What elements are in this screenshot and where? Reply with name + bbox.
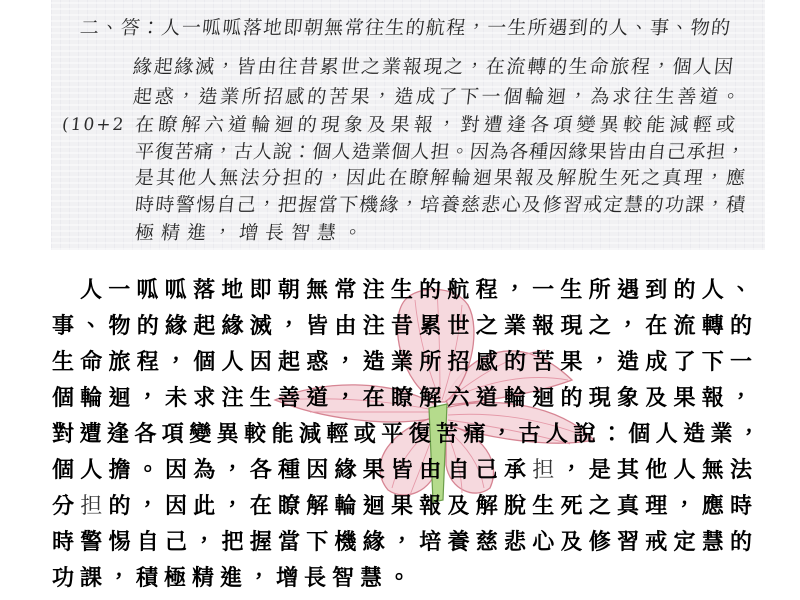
text-segment: 事、物的緣起緣滅，皆由注昔累世之業報現之，在流轉的 (52, 314, 752, 339)
typed-answer-text: 人一呱呱落地即朝無常注生的航程，一生所遇到的人、 事、物的緣起緣滅，皆由注昔累世… (52, 273, 762, 597)
text-segment: ，是其他人無法 (560, 458, 752, 483)
text-line: 分担的，因此，在瞭解輪迴果報及解脫生死之真理，應時 (52, 489, 752, 525)
text-line: 生命旅程，個人因起惑，造業所招感的苦果，造成了下一 (52, 345, 752, 381)
text-line: 功課，積極精進，增長智慧。 (52, 561, 752, 597)
text-line: 個輪迴，未求注生善道，在瞭解六道輪迴的現象及果報， (52, 381, 752, 417)
text-segment: 生命旅程，個人因起惑，造業所招感的苦果，造成了下一 (52, 350, 752, 375)
text-segment: 功課，積極精進，增長智慧。 (52, 566, 416, 591)
text-segment-variant-glyph: 担 (532, 458, 560, 483)
text-line: 人一呱呱落地即朝無常注生的航程，一生所遇到的人、 (52, 273, 752, 309)
text-segment: 個輪迴，未求注生善道，在瞭解六道輪迴的現象及果報， (52, 386, 752, 411)
text-line: 事、物的緣起緣滅，皆由注昔累世之業報現之，在流轉的 (52, 309, 752, 345)
text-segment-variant-glyph: 担 (80, 494, 108, 519)
text-segment: 的，因此，在瞭解輪迴果報及解脫生死之真理，應時 (109, 494, 752, 519)
text-line: 個人擔。因為，各種因緣果皆由自己承担，是其他人無法 (52, 453, 752, 489)
text-segment: 分 (52, 494, 80, 519)
text-line: 對遭逢各項變異較能減輕或平復苦痛，古人說：個人造業， (52, 417, 760, 453)
text-segment: 個人擔。因為，各種因緣果皆由自己承 (52, 458, 532, 483)
text-segment: 人一呱呱落地即朝無常注生的航程，一生所遇到的人、 (80, 278, 752, 303)
text-line: 時警惕自己，把握當下機緣，培養慈悲心及修習戒定慧的 (52, 525, 752, 561)
text-segment: 時警惕自己，把握當下機緣，培養慈悲心及修習戒定慧的 (52, 530, 752, 555)
text-segment: 對遭逢各項變異較能減輕或平復苦痛，古人說：個人造業， (52, 422, 760, 447)
